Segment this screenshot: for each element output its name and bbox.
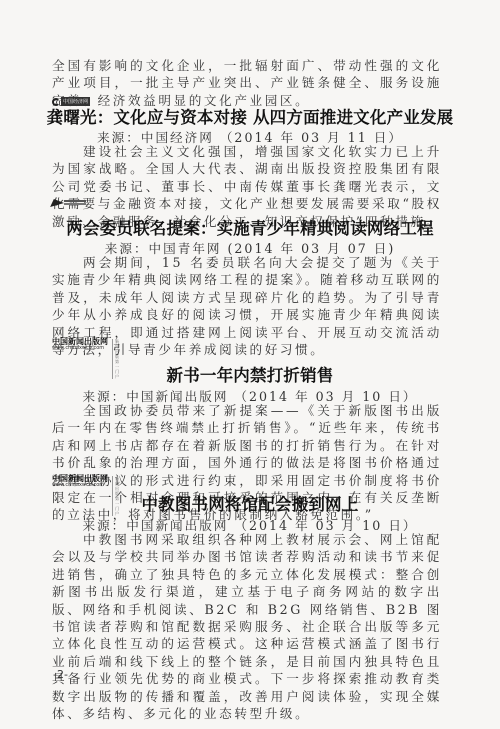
- article-body: 两会期间，15 名委员联名向大会提交了题为《关于实施青少年精典阅读网络工程的提案…: [52, 254, 442, 358]
- intro-paragraph: 全国有影响的文化企业，一批辐射面广、带动性强的文化产业项目，一批主导产业突出、产…: [52, 57, 442, 109]
- page-number: -2-: [53, 668, 68, 681]
- china-youth-net-logo-icon: [52, 198, 88, 208]
- article-title: 两会委员联名提案：实施青少年精典阅读网络工程: [0, 215, 500, 239]
- china-news-publishing-net-logo-icon: 中国新闻出版网 www.chinaxwcb.com 新闻出版 第一门户: [52, 475, 108, 488]
- article-title: 龚曙光：文化应与资本对接 从四方面推进文化产业发展: [0, 104, 500, 128]
- article-body: 中教图书网采取组织各种网上教材展示会、网上馆配会以及与学校共同举办图书馆读者荐购…: [52, 531, 442, 722]
- article-title: 新书一年内禁打折销售: [0, 362, 500, 386]
- china-news-publishing-net-logo-icon: 中国新闻出版网 www.chinaxwcb.com 新闻出版 第一门户: [52, 338, 108, 351]
- document-page: 全国有影响的文化企业，一批辐射面广、带动性强的文化产业项目，一批主导产业突出、产…: [0, 0, 500, 729]
- article-title: 中教图书网将馆配会搬到网上: [0, 491, 500, 515]
